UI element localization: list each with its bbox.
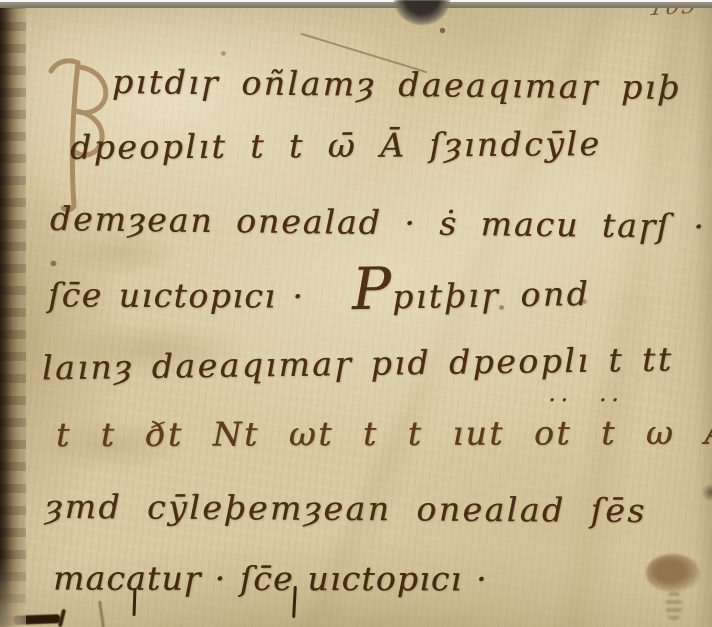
manuscript-text-line: ȝmd cȳleþemȝean onealad ſēs xyxy=(45,488,647,530)
manuscript-text-line: demȝean onealad · ṡ macu taɼſ · xyxy=(50,200,706,246)
parchment-stain-drip xyxy=(666,592,682,620)
edge-ink-mark xyxy=(702,484,712,501)
manuscript-photo: pıtdıɼ oñlamȝ daeaqımaɼ pıþ dpeoplıt t t… xyxy=(0,0,712,627)
manuscript-text-line: ſc̄e uıctopıcı · xyxy=(48,276,305,315)
parchment-stain xyxy=(646,554,700,592)
manuscript-text: pıtþıɼ ond xyxy=(392,274,591,316)
enlarged-initial-letter: P xyxy=(351,254,392,323)
manuscript-text-line: dpeoplıt t t ω̄ Ā ſȝındcȳle xyxy=(70,125,602,167)
manuscript-text-line: Ppıtþıɼ ond xyxy=(352,275,591,317)
interline-correction-marks: .. .. xyxy=(548,378,623,408)
manuscript-text-line: macatuɼ · ſc̄e uıctopıcı · xyxy=(53,560,488,599)
page-gutter-edge xyxy=(0,0,26,627)
scan-background-strip xyxy=(0,2,712,8)
manuscript-text-line: pıtdıɼ oñlamȝ daeaqımaɼ pıþ xyxy=(112,63,682,107)
page-right-shading xyxy=(694,0,712,627)
manuscript-text-line: t t ðt Nt ωt t t ıut ot t ω Ā xyxy=(56,414,712,454)
page-gutter-fade xyxy=(0,560,26,627)
